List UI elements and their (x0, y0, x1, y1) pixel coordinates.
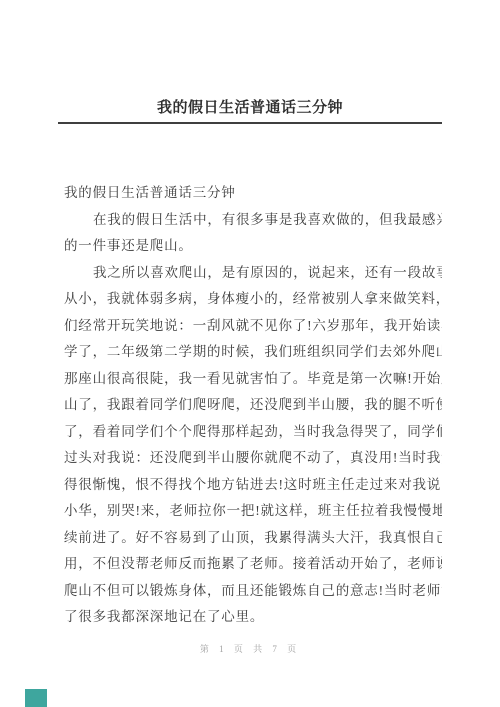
body-line: 爬山不但可以锻炼身体，而且还能锻炼自己的意志!当时老师说 (64, 578, 442, 605)
body-line: 小华，别哭!来，老师拉你一把!就这样，班主任拉着我慢慢地继 (64, 498, 442, 525)
document-body: 我的假日生活普通话三分钟在我的假日生活中，有很多事是我喜欢做的，但我最感兴趣的一… (64, 180, 442, 631)
document-page: 我的假日生活普通话三分钟 我的假日生活普通话三分钟在我的假日生活中，有很多事是我… (0, 0, 500, 707)
body-line: 学了，二年级第二学期的时候，我们班组织同学们去郊外爬山。 (64, 339, 442, 366)
body-line: 了很多我都深深地记在了心里。 (64, 604, 442, 631)
body-line: 们经常开玩笑地说：一刮风就不见你了!六岁那年，我开始读小 (64, 313, 442, 340)
body-line: 从小，我就体弱多病，身体瘦小的，经常被别人拿来做笑料，他 (64, 286, 442, 313)
body-line: 的一件事还是爬山。 (64, 233, 442, 260)
page-number: 第 1 页 共 7 页 (0, 642, 500, 655)
body-line: 那座山很高很陡，我一看见就害怕了。毕竟是第一次嘛!开始爬 (64, 366, 442, 393)
body-line: 过头对我说：还没爬到半山腰你就爬不动了，真没用!当时我觉 (64, 445, 442, 472)
body-line: 山了，我跟着同学们爬呀爬，还没爬到半山腰，我的腿不听使唤 (64, 392, 442, 419)
body-line: 续前进了。好不容易到了山顶，我累得满头大汗，我真恨自己没 (64, 525, 442, 552)
body-line: 我之所以喜欢爬山，是有原因的，说起来，还有一段故事呢! (64, 260, 442, 287)
body-line: 了，看着同学们个个爬得那样起劲，当时我急得哭了，同学们转 (64, 419, 442, 446)
title-divider (58, 122, 442, 124)
body-line: 我的假日生活普通话三分钟 (64, 180, 442, 207)
body-line: 用，不但没帮老师反而拖累了老师。接着活动开始了，老师说： (64, 551, 442, 578)
body-line: 在我的假日生活中，有很多事是我喜欢做的，但我最感兴趣 (64, 207, 442, 234)
watermark-square (25, 689, 47, 707)
body-line: 得很惭愧，恨不得找个地方钻进去!这时班主任走过来对我说： (64, 472, 442, 499)
page-title: 我的假日生活普通话三分钟 (58, 96, 442, 117)
